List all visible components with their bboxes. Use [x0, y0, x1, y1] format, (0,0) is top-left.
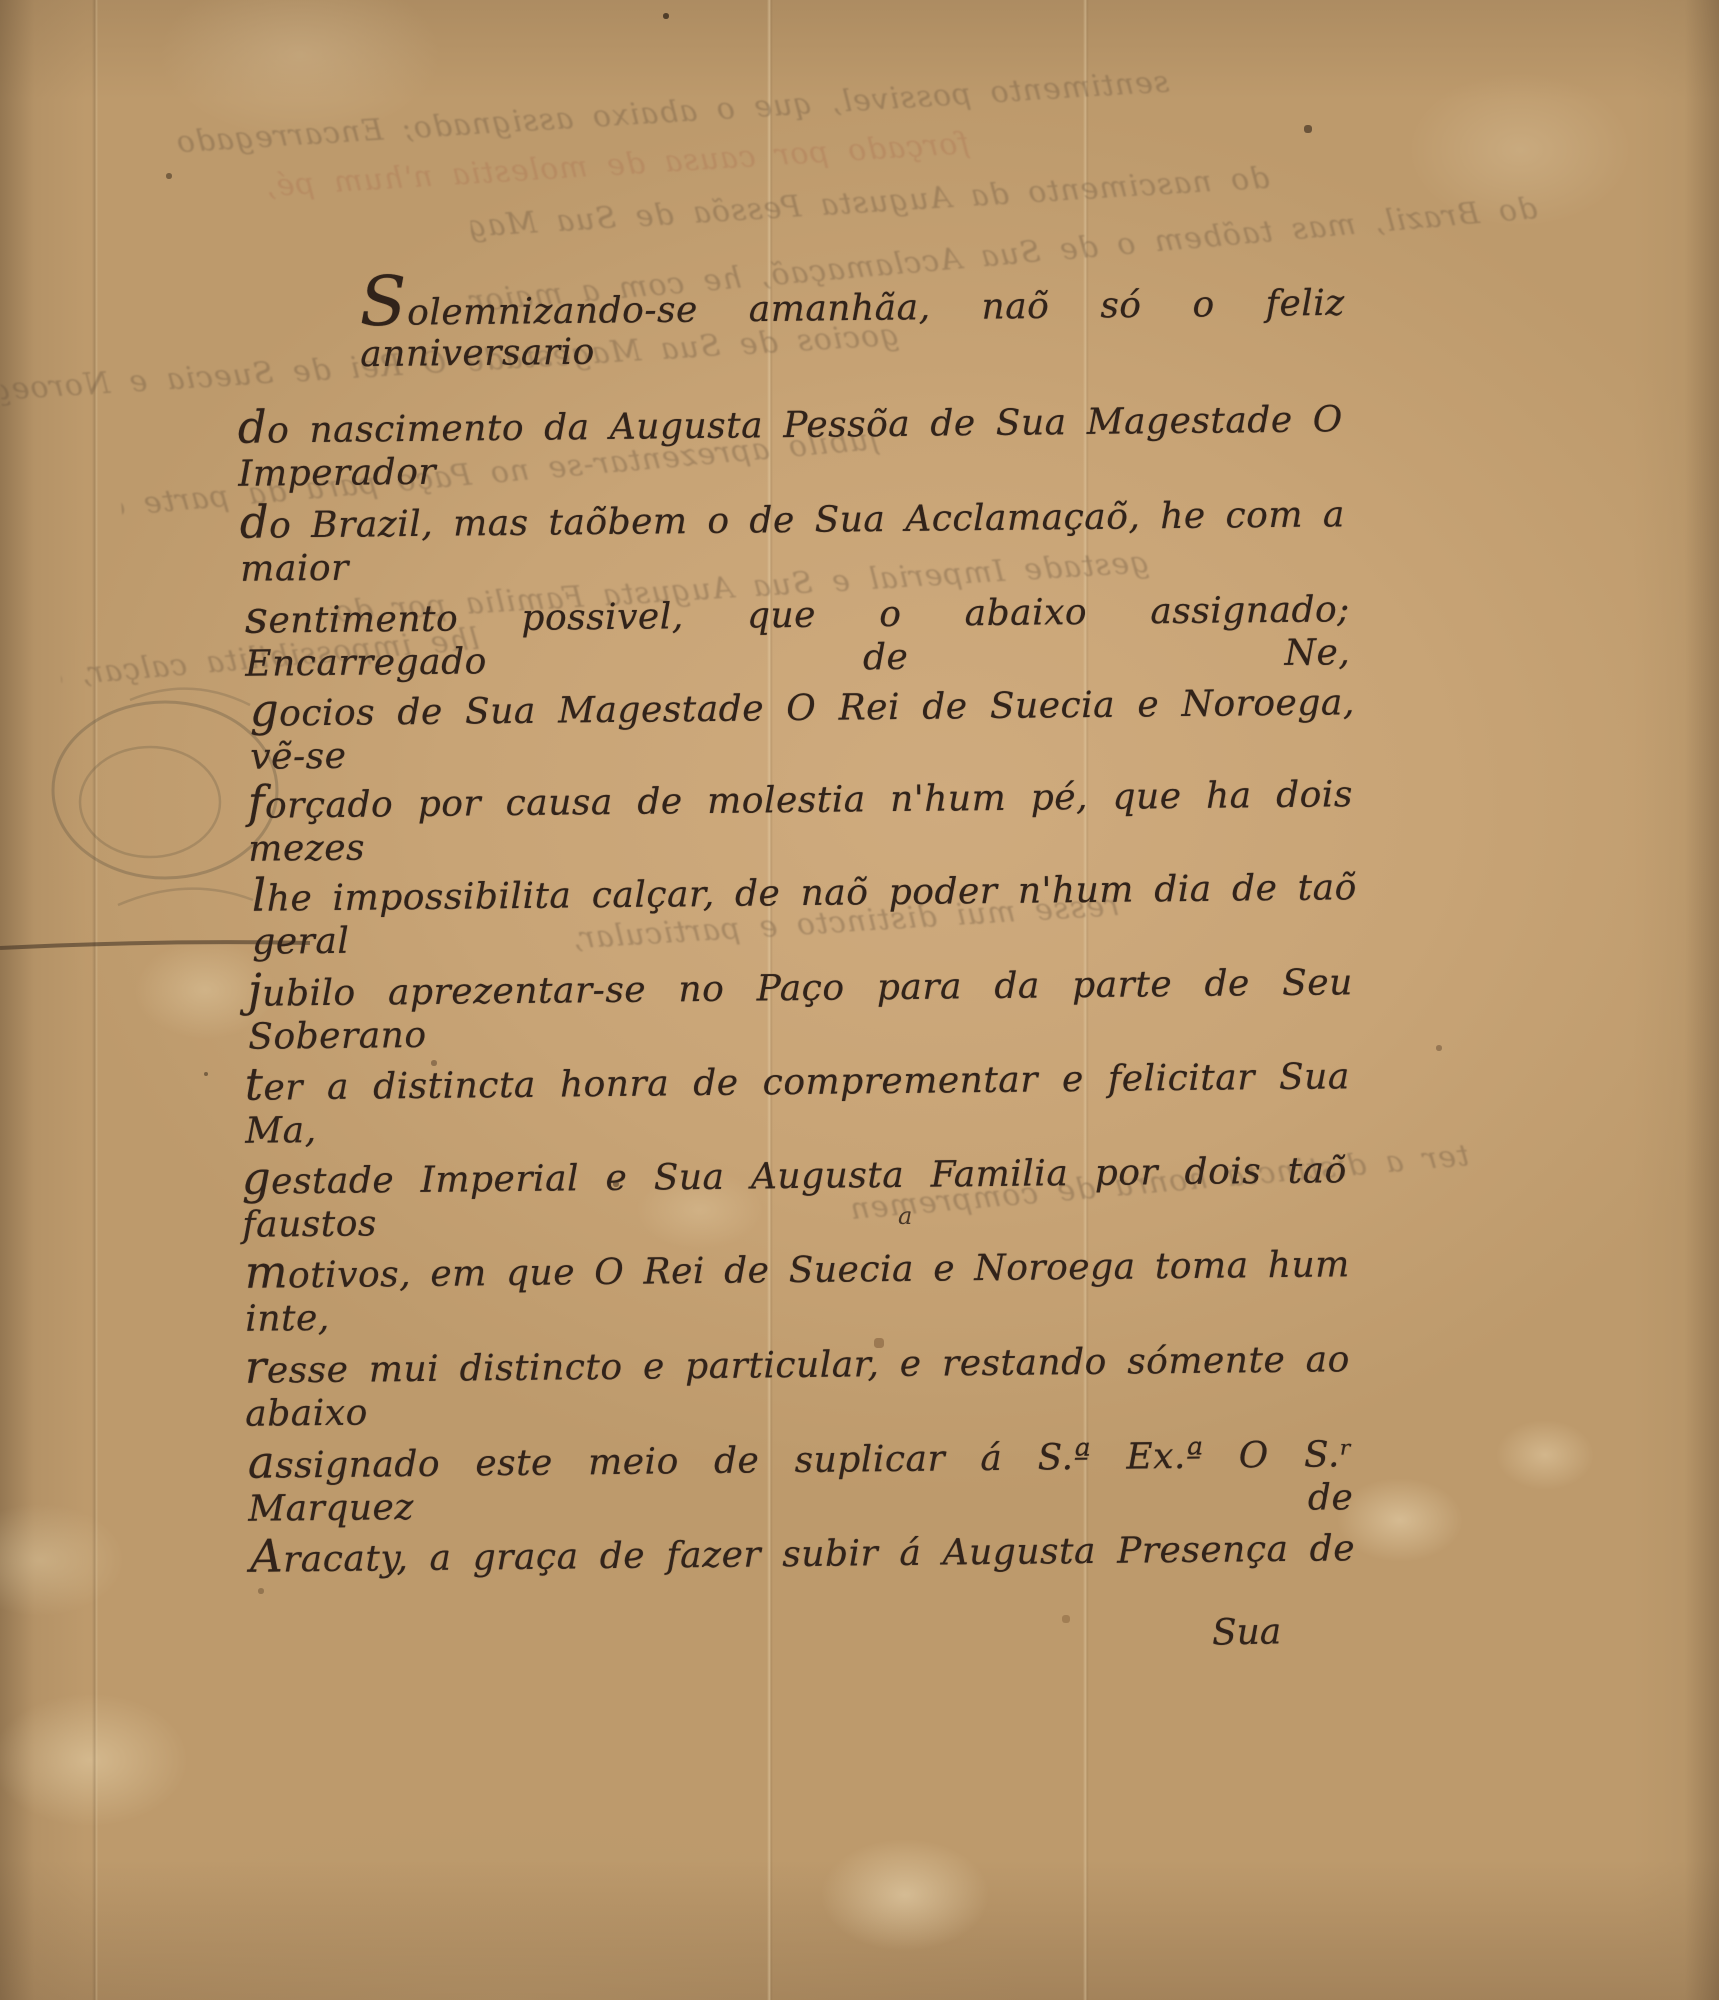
- manuscript-page: sentimento possivel, que o abaixo assign…: [0, 0, 1719, 2000]
- letter-line: gestade Imperial e Sua Augusta Familia p…: [242, 1140, 1348, 1246]
- bleedthrough-line: forçado por causa de molestia n'hum pé, …: [250, 126, 971, 205]
- bleedthrough-line: sentimento possivel, que o abaixo assign…: [170, 65, 1170, 161]
- letter-line: lhe impossibilita calçar, de naõ poder n…: [252, 857, 1358, 963]
- letter-line: gocios de Sua Magestade O Rei de Suecia …: [250, 672, 1356, 778]
- letter-line: do Brazil, mas taõbem o de Sua Acclamaça…: [240, 484, 1346, 590]
- catchword: Sua: [1212, 1611, 1282, 1653]
- letter-line: Solemnizando-se amanhãa, naõ só o feliz …: [360, 283, 1346, 375]
- letter-line: Aracaty, a graça de fazer subir á August…: [250, 1518, 1355, 1583]
- letter-line: assignado este meio de suplicar á S.ª Ex…: [248, 1424, 1354, 1530]
- ink-specks: [0, 0, 2, 2]
- letter-line: do nascimento da Augusta Pessõa de Sua M…: [238, 389, 1344, 495]
- fold-crease-left: [92, 0, 98, 2000]
- letter-line: sentimento possivel, que o abaixo assign…: [245, 579, 1351, 685]
- letter-line: forçado por causa de molestia n'hum pé, …: [248, 764, 1354, 870]
- letter-line: jubilo aprezentar-se no Paço para da par…: [248, 952, 1354, 1058]
- letter-line: motivos, em que O Rei de Suecia e Noroeg…: [245, 1234, 1351, 1340]
- letter-line: resse mui distincto e particular, e rest…: [245, 1329, 1351, 1435]
- letter-line: ter a distincta honra de comprementar e …: [245, 1046, 1351, 1152]
- bleedthrough-line: do nascimento da Augusta Pessõa de Sua M…: [470, 161, 1271, 245]
